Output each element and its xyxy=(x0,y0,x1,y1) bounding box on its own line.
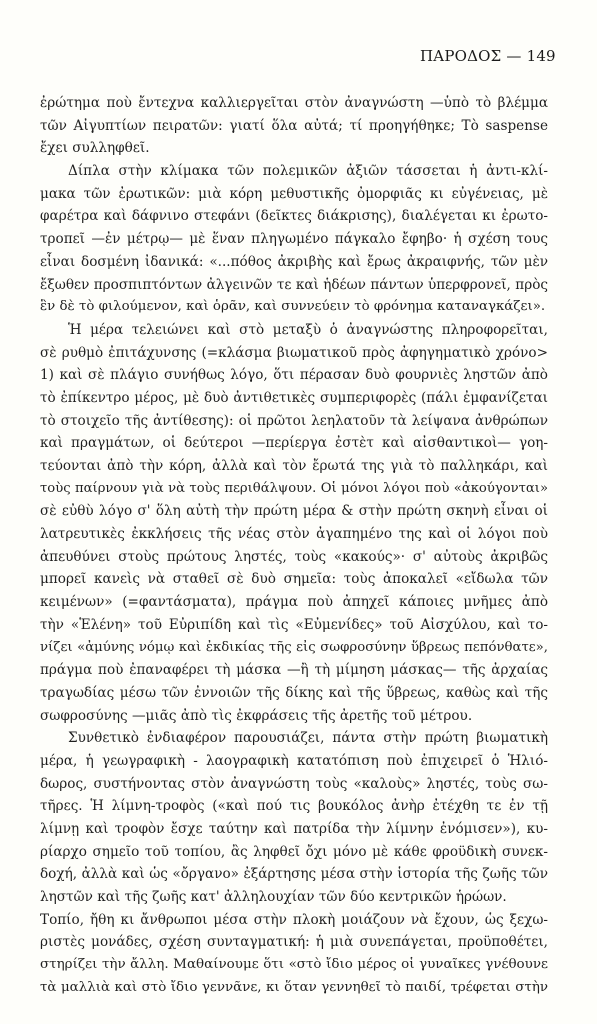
text-line: νίζει «ἀμύνης νόμῳ καὶ ἐκδικίας τῆς εἰς … xyxy=(40,637,548,660)
text-line: τροπεῖ —ἐν μέτρῳ— μὲ ἕναν πληγωμένο πάγκ… xyxy=(40,228,548,251)
text-line: μέρα, ἡ γεωγραφικὴ - λαογραφικὴ κατατόπι… xyxy=(40,750,548,773)
text-line: τεύονται ἀπὸ τὴν κόρη, ἀλλὰ καὶ τὸν ἔρωτ… xyxy=(40,455,548,478)
text-line: τὸ ἐπίκεντρο μέρος, μὲ δυὸ ἀντιθετικὲς σ… xyxy=(40,387,548,410)
text-line: τῆρες. Ἡ λίμνη-τροφὸς («καὶ πού τις βουκ… xyxy=(40,795,548,818)
text-line: δωρος, συστήνοντας στὸν ἀναγνώστη τοὺς «… xyxy=(40,773,548,796)
paragraph-first-line: Δίπλα στὴν κλίμακα τῶν πολεμικῶν ἀξιῶν τ… xyxy=(40,160,548,183)
text-line: ρίαρχο σημεῖο τοῦ τοπίου, ἂς ληφθεῖ ὄχι … xyxy=(40,841,548,864)
text-line: τῶν Αἰγυπτίων πειρατῶν: γιατί ὅλα αὐτά; … xyxy=(40,115,548,138)
text-line: σὲ ρυθμὸ ἐπιτάχυνσης (=κλάσμα βιωματικοῦ… xyxy=(40,342,548,365)
running-head-text: ΠΑΡΟΔΟΣ — 149 xyxy=(420,47,556,65)
text-line: τὰ μαλλιὰ καὶ στὸ ἴδιο γεννᾶνε, κι ὅταν … xyxy=(40,977,548,1000)
text-line: σωφροσύνης —μιᾶς ἀπὸ τὶς ἐκφράσεις τῆς ἀ… xyxy=(40,705,548,728)
text-line: πράγμα ποὺ ἐπαναφέρει τὴ μάσκα —ἢ τὴ μίμ… xyxy=(40,659,548,682)
text-line: στηρίζει τὴν ἄλλη. Μαθαίνουμε ὅτι «στὸ ἴ… xyxy=(40,954,548,977)
running-head: ΠΑΡΟΔΟΣ — 149 xyxy=(420,47,548,65)
text-line: καὶ πραγμάτων, οἱ δεύτεροι —περίεργα ἐστ… xyxy=(40,432,548,455)
text-line: τὴν «Ἑλένη» τοῦ Εὐριπίδη καὶ τὶς «Εὐμενί… xyxy=(40,614,548,637)
text-line: ἓν δὲ τὸ φιλούμενον, καὶ ὁρᾶν, καὶ συννε… xyxy=(40,296,548,319)
text-line: σὲ εὐθὺ λόγο σ' ὅλη αὐτὴ τὴν πρώτη μέρα … xyxy=(40,500,548,523)
text-line: τοὺς παίρνουν γιὰ νὰ τοὺς περιθάλψουν. Ο… xyxy=(40,478,548,501)
body-text: ἐρώτημα ποὺ ἔντεχνα καλλιεργεῖται στὸν ἀ… xyxy=(40,92,548,1000)
text-line: ριστὲς μονάδες, σχέση συνταγματική: ἡ μι… xyxy=(40,931,548,954)
text-line: 1) καὶ σὲ πλάγιο συνήθως λόγο, ὅτι πέρασ… xyxy=(40,364,548,387)
text-line: ἔξωθεν προσπιπτόντων ἀλγεινῶν τε καὶ ἡδέ… xyxy=(40,274,548,297)
text-line: μακα τῶν ἐρωτικῶν: μιὰ κόρη μεθυστικῆς ὀ… xyxy=(40,183,548,206)
text-line: λίμνῃ καὶ τροφὸν ἔσχε ταύτην καὶ πατρίδα… xyxy=(40,818,548,841)
text-line: τραγωδίας μέσω τῶν ἐννοιῶν τῆς δίκης καὶ… xyxy=(40,682,548,705)
paragraph-first-line: Συνθετικὸ ἐνδιαφέρον παρουσιάζει, πάντα … xyxy=(40,727,548,750)
text-line: τὸ στοιχεῖο τῆς ἀντίθεσης): οἱ πρῶτοι λε… xyxy=(40,410,548,433)
text-line: κειμένων» (=φαντάσματα), πράγμα ποὺ ἀπηχ… xyxy=(40,591,548,614)
paragraph-first-line: Ἡ μέρα τελειώνει καὶ στὸ μεταξὺ ὁ ἀναγνώ… xyxy=(40,319,548,342)
text-line: ἐρώτημα ποὺ ἔντεχνα καλλιεργεῖται στὸν ἀ… xyxy=(40,92,548,115)
text-line: ἀπευθύνει στοὺς πρώτους ληστές, τοὺς «κα… xyxy=(40,546,548,569)
text-line: μπορεῖ κανεὶς νὰ σταθεῖ σὲ δυὸ σημεῖα: τ… xyxy=(40,568,548,591)
text-line: ἔχει συλληφθεῖ. xyxy=(40,137,548,160)
text-line: δοχή, ἀλλὰ καὶ ὡς «ὄργανο» ἐξάρτησης μέσ… xyxy=(40,863,548,886)
text-line: φαρέτρα καὶ δάφνινο στεφάνι (δεῖκτες διά… xyxy=(40,205,548,228)
book-page: ΠΑΡΟΔΟΣ — 149 ἐρώτημα ποὺ ἔντεχνα καλλιε… xyxy=(0,0,597,1024)
text-line: λατρευτικὲς ἐκκλήσεις τῆς νέας στὸν ἀγαπ… xyxy=(40,523,548,546)
text-line: εἶναι δοσμένη ἰδανικά: «...πόθος ἀκριβὴς… xyxy=(40,251,548,274)
text-line: ληστῶν καὶ τῆς ζωῆς κατ' ἀλληλουχίαν τῶν… xyxy=(40,886,548,909)
text-line: Τοπίο, ἤθη κι ἄνθρωποι μέσα στὴν πλοκὴ μ… xyxy=(40,909,548,932)
